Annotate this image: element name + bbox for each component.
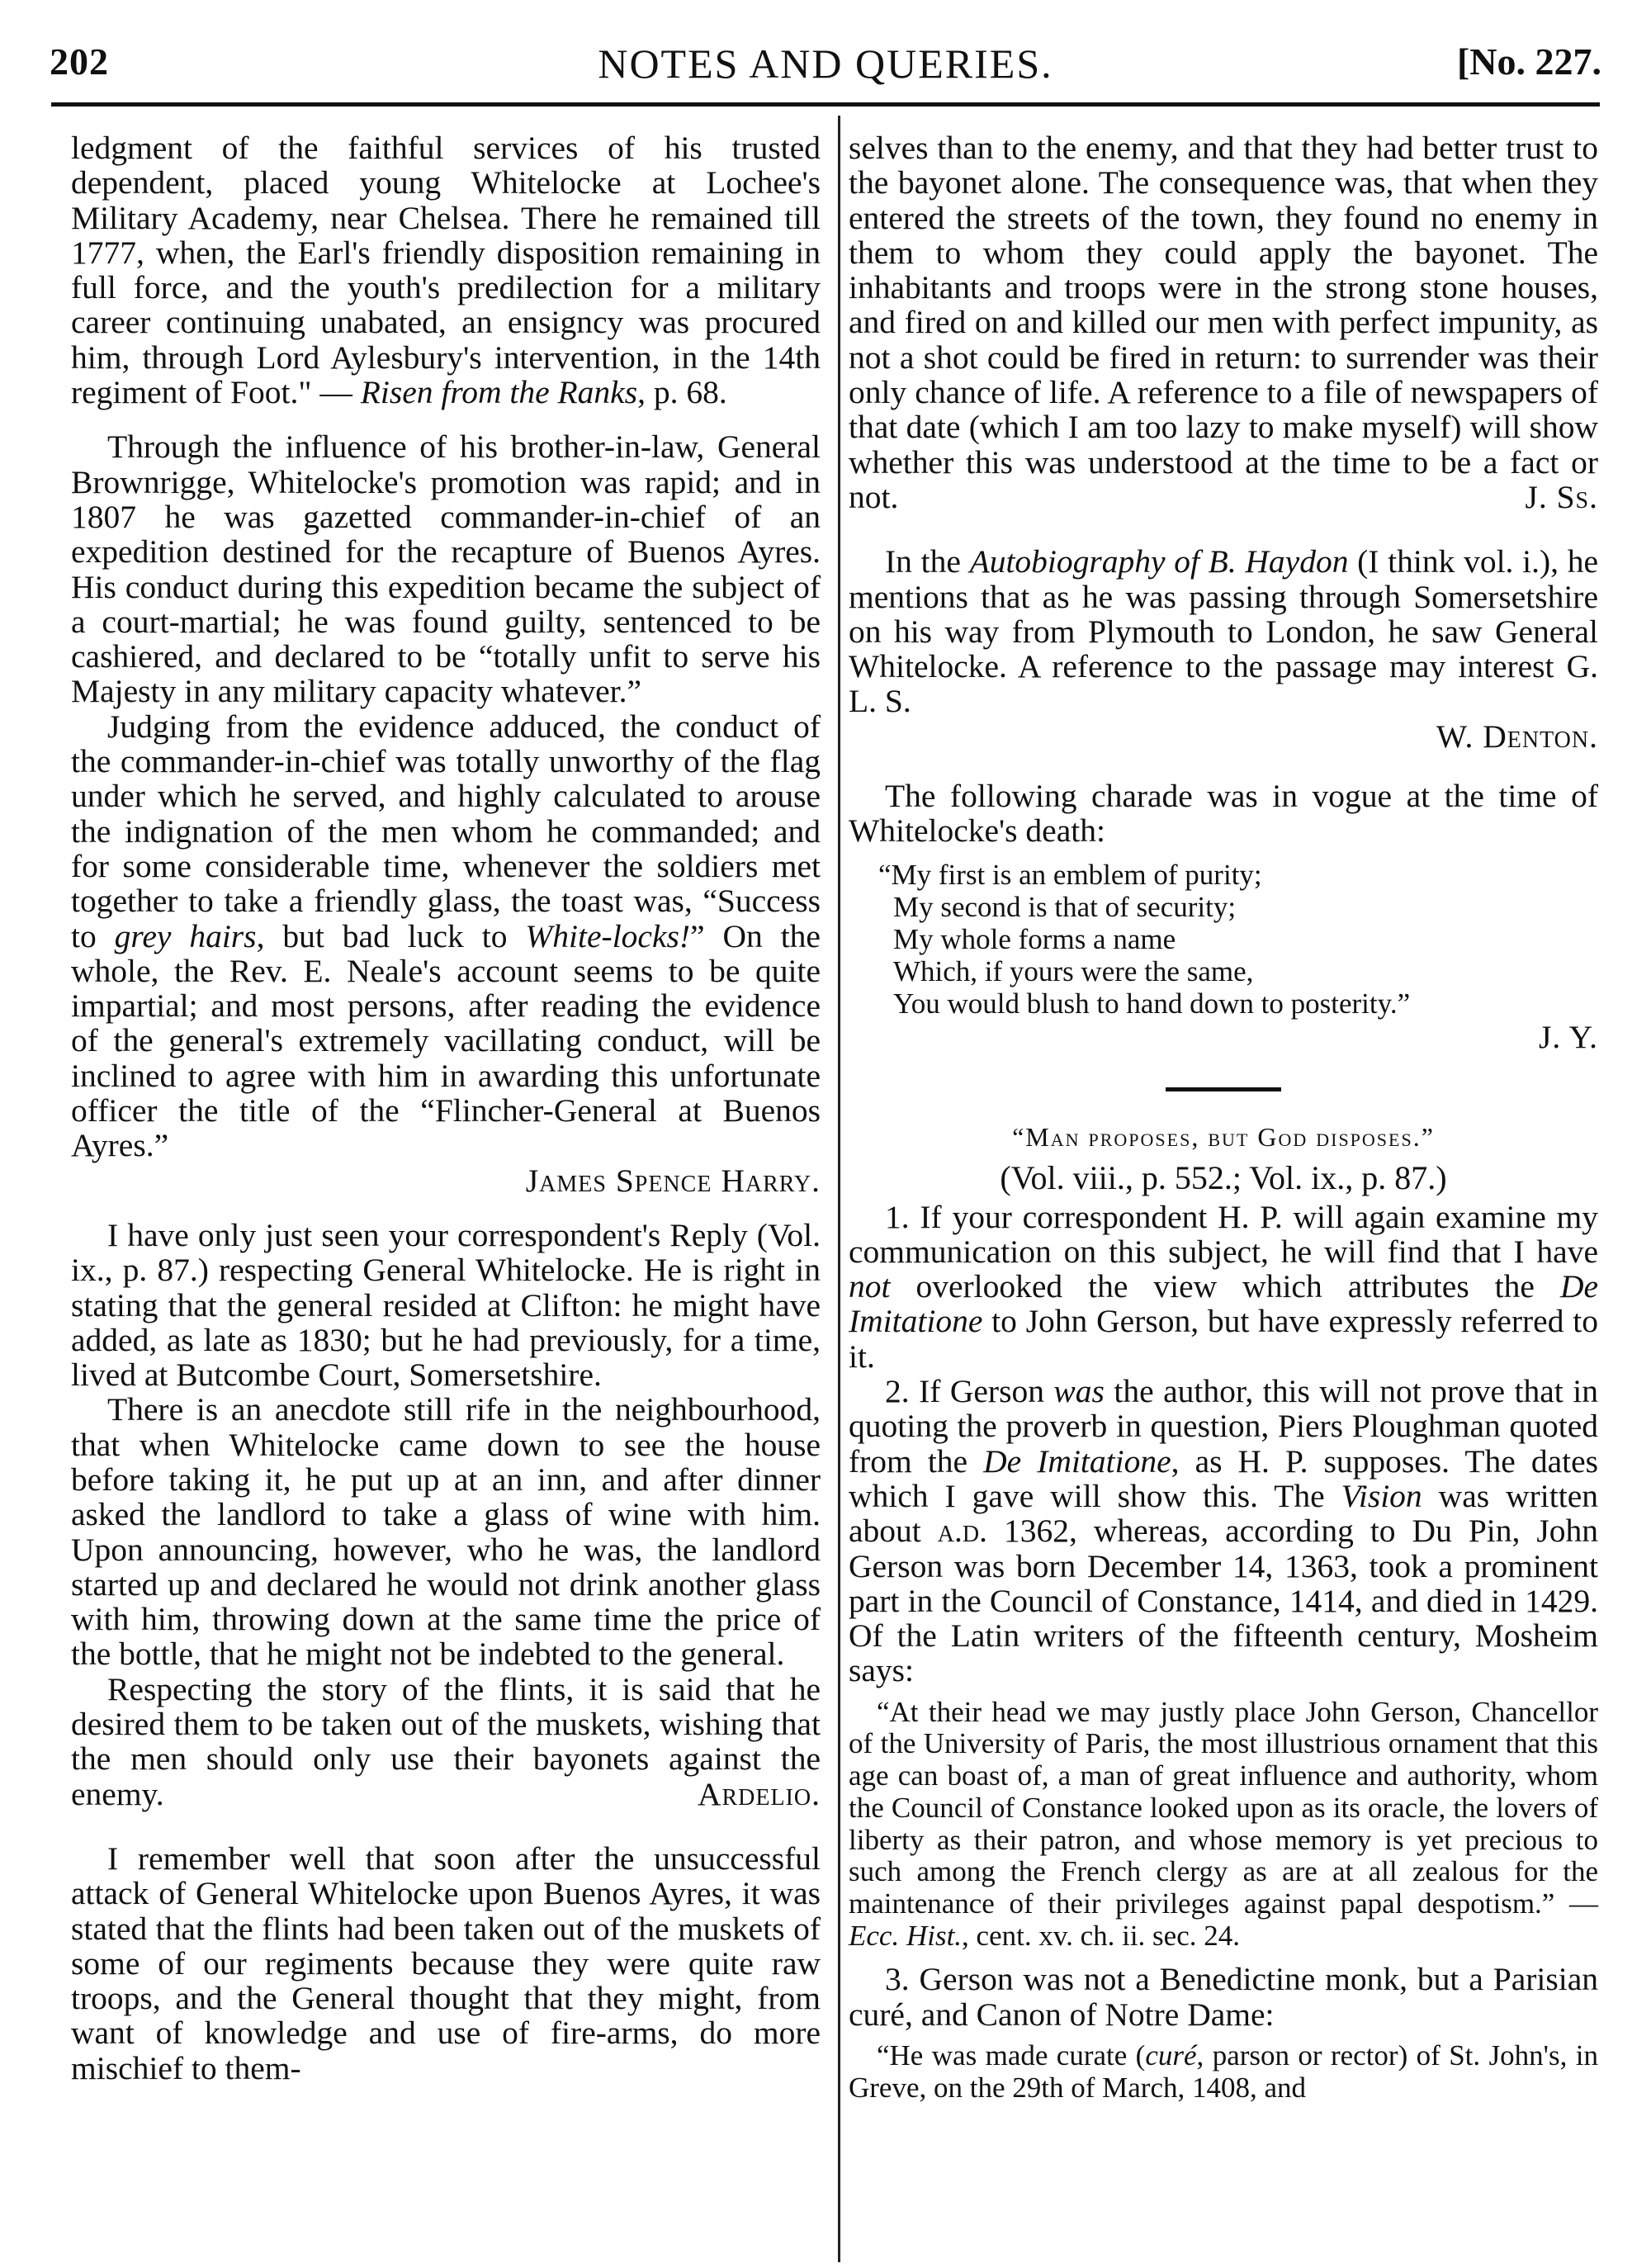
emphasis: curé (1145, 2039, 1196, 2072)
book-title: Autobiography of B. Haydon (970, 543, 1349, 580)
emphasis: grey hairs (115, 918, 257, 954)
paragraph-text: “He was made curate ( (877, 2039, 1145, 2072)
signature: James Spence Harry. (71, 1163, 821, 1198)
header-rule (51, 102, 1600, 107)
paragraph: I have only just seen your correspondent… (71, 1218, 821, 1392)
signature: J. Ss. (1525, 480, 1598, 514)
section-divider (1166, 1087, 1281, 1091)
emphasis: not (849, 1268, 890, 1304)
block-quote: “At their head we may justly place John … (849, 1697, 1598, 1953)
paragraph-text: overlooked the view which attributes the (890, 1268, 1559, 1304)
left-column: ledgment of the faithful services of his… (71, 130, 821, 2086)
numbered-paragraph: 1. If your correspondent H. P. will agai… (849, 1200, 1598, 1374)
paragraph: ledgment of the faithful services of his… (71, 130, 821, 410)
verse-line: My second is that of security; (893, 891, 1598, 923)
verse-line: You would blush to hand down to posterit… (893, 987, 1598, 1020)
charade-verse: “My first is an emblem of purity; My sec… (893, 859, 1598, 1020)
verse-line: “My first is an emblem of purity; (893, 859, 1598, 891)
citation-title: Risen from the Ranks (361, 374, 637, 410)
page-header: 202 NOTES AND QUERIES. [No. 227. (33, 40, 1618, 89)
paragraph-text: 1. If your correspondent H. P. will agai… (849, 1199, 1598, 1270)
paragraph-text: In the (885, 543, 970, 580)
verse-line: Which, if yours were the same, (893, 955, 1598, 987)
era-abbrev: a.d. (938, 1513, 987, 1549)
paragraph-text: 2. If Gerson (885, 1373, 1053, 1409)
paragraph: Respecting the story of the flints, it i… (71, 1672, 821, 1811)
signature: Ardelio. (661, 1777, 821, 1811)
paragraph-text: “At their head we may justly place John … (849, 1696, 1598, 1920)
paragraph: Judging from the evidence adduced, the c… (71, 709, 821, 1163)
numbered-paragraph: 2. If Gerson was the author, this will n… (849, 1374, 1598, 1688)
column-divider (838, 116, 840, 2262)
paragraph: I remember well that soon after the unsu… (71, 1841, 821, 2086)
paragraph-text: , cent. xv. ch. ii. sec. 24. (962, 1920, 1240, 1952)
book-title: De Imitatione (983, 1443, 1171, 1480)
book-title: Vision (1341, 1478, 1422, 1514)
section-reference: (Vol. viii., p. 552.; Vol. ix., p. 87.) (849, 1161, 1598, 1196)
section-title: “Man proposes, but God disposes.” (849, 1120, 1598, 1154)
paragraph: The following charade was in vogue at th… (849, 779, 1598, 849)
paragraph: In the Autobiography of B. Haydon (I thi… (849, 544, 1598, 718)
paragraph-text: selves than to the enemy, and that they … (849, 130, 1598, 515)
issue-number: [No. 227. (1457, 40, 1601, 83)
citation-page: , p. 68. (637, 374, 727, 410)
block-quote: “He was made curate (curé, parson or rec… (849, 2040, 1598, 2104)
emphasis: White-locks! (525, 918, 690, 954)
paragraph-text: , but bad luck to (257, 918, 526, 954)
paragraph: selves than to the enemy, and that they … (849, 130, 1598, 514)
emphasis: was (1053, 1373, 1104, 1409)
paragraph-text: ledgment of the faithful services of his… (71, 130, 821, 410)
right-column: selves than to the enemy, and that they … (849, 130, 1598, 2104)
verse-line: My whole forms a name (893, 923, 1598, 955)
quote-text: “He was made curate (curé, parson or rec… (849, 2040, 1598, 2104)
paragraph-text: ” On the whole, the Rev. E. Neale's acco… (71, 918, 821, 1164)
signature: W. Denton. (849, 719, 1598, 754)
paragraph: Through the influence of his brother-in-… (71, 429, 821, 708)
citation-title: Ecc. Hist. (849, 1920, 962, 1952)
numbered-paragraph: 3. Gerson was not a Benedictine monk, bu… (849, 1962, 1598, 2032)
signature: J. Y. (849, 1020, 1598, 1054)
quote-text: “At their head we may justly place John … (849, 1697, 1598, 1953)
paragraph: There is an anecdote still rife in the n… (71, 1392, 821, 1671)
journal-title: NOTES AND QUERIES. (33, 40, 1618, 88)
